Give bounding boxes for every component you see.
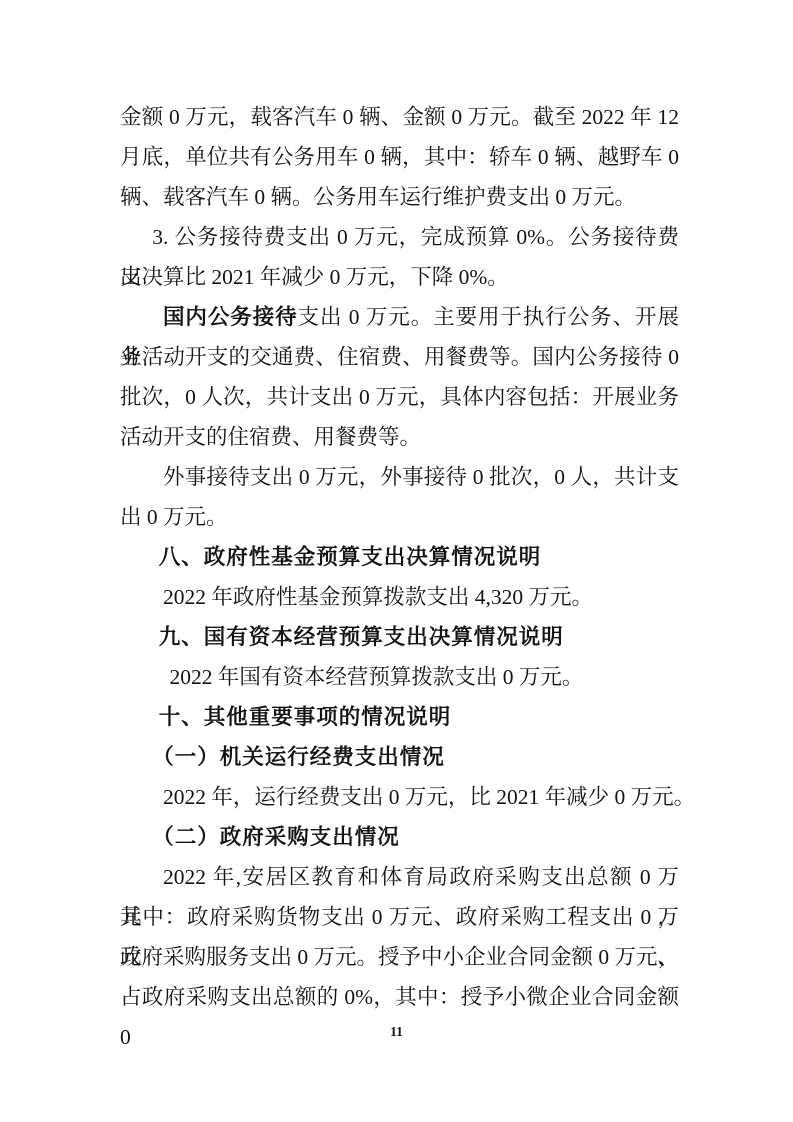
text-run: 2022 年国有资本经营预算拨款支出 0 万元。	[169, 665, 583, 689]
document-body: 金额 0 万元，载客汽车 0 辆、金额 0 万元。截至 2022 年 12 月底…	[120, 97, 679, 1017]
text-run: （一）机关运行经费支出情况	[152, 745, 445, 769]
text-run: 九、国有资本经营预算支出决算情况说明	[159, 625, 564, 649]
text-run: 活动开支的住宿费、用餐费等。	[120, 425, 421, 449]
bold-text-run: 国内公务接待	[163, 305, 298, 329]
text-line: 政府采购服务支出 0 万元。授予中小企业合同金额 0 万元，	[120, 937, 679, 977]
text-line: 八、政府性基金预算支出决算情况说明	[120, 537, 679, 577]
text-line: 金额 0 万元，载客汽车 0 辆、金额 0 万元。截至 2022 年 12	[120, 97, 679, 137]
text-line: 活动开支的住宿费、用餐费等。	[120, 417, 679, 457]
text-line: 月底，单位共有公务用车 0 辆，其中：轿车 0 辆、越野车 0	[120, 137, 679, 177]
document-page: 金额 0 万元，载客汽车 0 辆、金额 0 万元。截至 2022 年 12 月底…	[0, 0, 793, 1122]
text-line: 辆、载客汽车 0 辆。公务用车运行维护费支出 0 万元。	[120, 177, 679, 217]
text-run: 政府采购服务支出 0 万元。授予中小企业合同金额 0 万元，	[120, 945, 679, 969]
text-run: 批次，0 人次，共计支出 0 万元，具体内容包括：开展业务	[120, 385, 679, 409]
text-line: 2022 年国有资本经营预算拨款支出 0 万元。	[120, 657, 679, 697]
text-line: 3. 公务接待费支出 0 万元，完成预算 0%。公务接待费支	[120, 217, 679, 257]
text-run: 十、其他重要事项的情况说明	[159, 705, 452, 729]
text-run: 出 0 万元。	[120, 505, 228, 529]
text-line: 务活动开支的交通费、住宿费、用餐费等。国内公务接待 0	[120, 337, 679, 377]
text-line: 出决算比 2021 年减少 0 万元，下降 0%。	[120, 257, 679, 297]
text-run: 出决算比 2021 年减少 0 万元，下降 0%。	[120, 265, 509, 289]
text-run: （二）政府采购支出情况	[152, 825, 400, 849]
text-line: 2022 年,安居区教育和体育局政府采购支出总额 0 万元，	[120, 857, 679, 897]
page-number: 11	[0, 1024, 793, 1040]
text-run: 2022 年政府性基金预算拨款支出 4,320 万元。	[163, 585, 593, 609]
text-run: 辆、载客汽车 0 辆。公务用车运行维护费支出 0 万元。	[120, 185, 636, 209]
text-line: 2022 年政府性基金预算拨款支出 4,320 万元。	[120, 577, 679, 617]
text-run: 金额 0 万元，载客汽车 0 辆、金额 0 万元。截至 2022 年 12	[120, 105, 679, 129]
text-line: （二）政府采购支出情况	[120, 817, 679, 857]
text-line: 占政府采购支出总额的 0%，其中：授予小微企业合同金额 0	[120, 977, 679, 1017]
text-line: 出 0 万元。	[120, 497, 679, 537]
text-line: 十、其他重要事项的情况说明	[120, 697, 679, 737]
text-line: 其中：政府采购货物支出 0 万元、政府采购工程支出 0 万元、	[120, 897, 679, 937]
text-run: 2022 年，运行经费支出 0 万元，比 2021 年减少 0 万元。	[163, 785, 695, 809]
text-run: 月底，单位共有公务用车 0 辆，其中：轿车 0 辆、越野车 0	[120, 145, 679, 169]
text-run: 务活动开支的交通费、住宿费、用餐费等。国内公务接待 0	[120, 345, 679, 369]
text-line: 国内公务接待支出 0 万元。主要用于执行公务、开展业	[120, 297, 679, 337]
text-line: 2022 年，运行经费支出 0 万元，比 2021 年减少 0 万元。	[120, 777, 679, 817]
text-line: （一）机关运行经费支出情况	[120, 737, 679, 777]
text-run: 外事接待支出 0 万元，外事接待 0 批次，0 人，共计支	[163, 465, 679, 489]
text-line: 外事接待支出 0 万元，外事接待 0 批次，0 人，共计支	[120, 457, 679, 497]
text-line: 九、国有资本经营预算支出决算情况说明	[120, 617, 679, 657]
text-line: 批次，0 人次，共计支出 0 万元，具体内容包括：开展业务	[120, 377, 679, 417]
text-run: 八、政府性基金预算支出决算情况说明	[159, 545, 542, 569]
